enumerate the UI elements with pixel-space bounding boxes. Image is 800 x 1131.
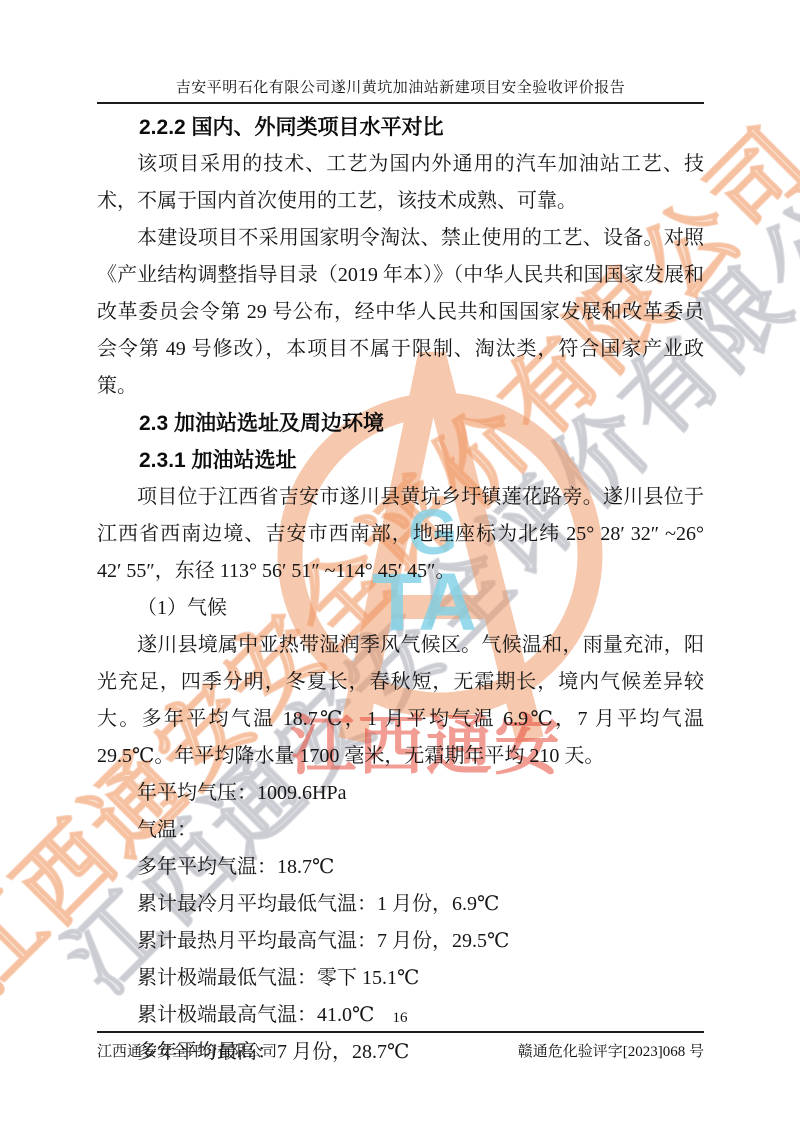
section-heading-2-2-2: 2.2.2 国内、外同类项目水平对比 (97, 109, 704, 146)
footer-doc-number: 赣通危化验评字[2023]068 号 (518, 1040, 704, 1061)
section-heading-2-3: 2.3 加油站选址及周边环境 (97, 405, 704, 442)
climate-data-line: 累计最热月平均最高气温：7 月份，29.5℃ (97, 923, 704, 960)
paragraph-location: 项目位于江西省吉安市遂川县黄坑乡圩镇莲花路旁。遂川县位于江西省西南边境、吉安市西… (97, 479, 704, 590)
report-title: 吉安平明石化有限公司遂川黄坑加油站新建项目安全验收评价报告 (97, 76, 704, 102)
climate-data-line: 气温： (97, 812, 704, 849)
paragraph-climate-overview: 遂川县境属中亚热带湿润季风气候区。气候温和，雨量充沛，阳光充足，四季分明，冬夏长… (97, 627, 704, 775)
climate-data-line: 多年平均气温：18.7℃ (97, 849, 704, 886)
paragraph-industrial-policy: 本建设项目不采用国家明令淘汰、禁止使用的工艺、设备。对照《产业结构调整指导目录（… (97, 220, 704, 405)
page-number: 16 (0, 1010, 800, 1027)
document-footer: 江西通安安全评价有限公司 赣通危化验评字[2023]068 号 (97, 1031, 704, 1061)
document-content: 吉安平明石化有限公司遂川黄坑加油站新建项目安全验收评价报告 2.2.2 国内、外… (97, 76, 704, 1071)
climate-data-line: 年平均气压：1009.6HPa (97, 775, 704, 812)
climate-data-line: 累计最冷月平均最低气温：1 月份，6.9℃ (97, 886, 704, 923)
document-page: 江西通安安全评价有限公司 江西通安安全评价有限公司 G TA 江西通安 吉安平明… (0, 0, 800, 1131)
paragraph-tech-comparison: 该项目采用的技术、工艺为国内外通用的汽车加油站工艺、技术，不属于国内首次使用的工… (97, 146, 704, 220)
section-heading-2-3-1: 2.3.1 加油站选址 (97, 442, 704, 479)
climate-data-line: 累计极端最低气温：零下 15.1℃ (97, 960, 704, 997)
footer-company: 江西通安安全评价有限公司 (97, 1040, 277, 1061)
climate-label: （1）气候 (97, 590, 704, 627)
header-rule (97, 102, 704, 104)
